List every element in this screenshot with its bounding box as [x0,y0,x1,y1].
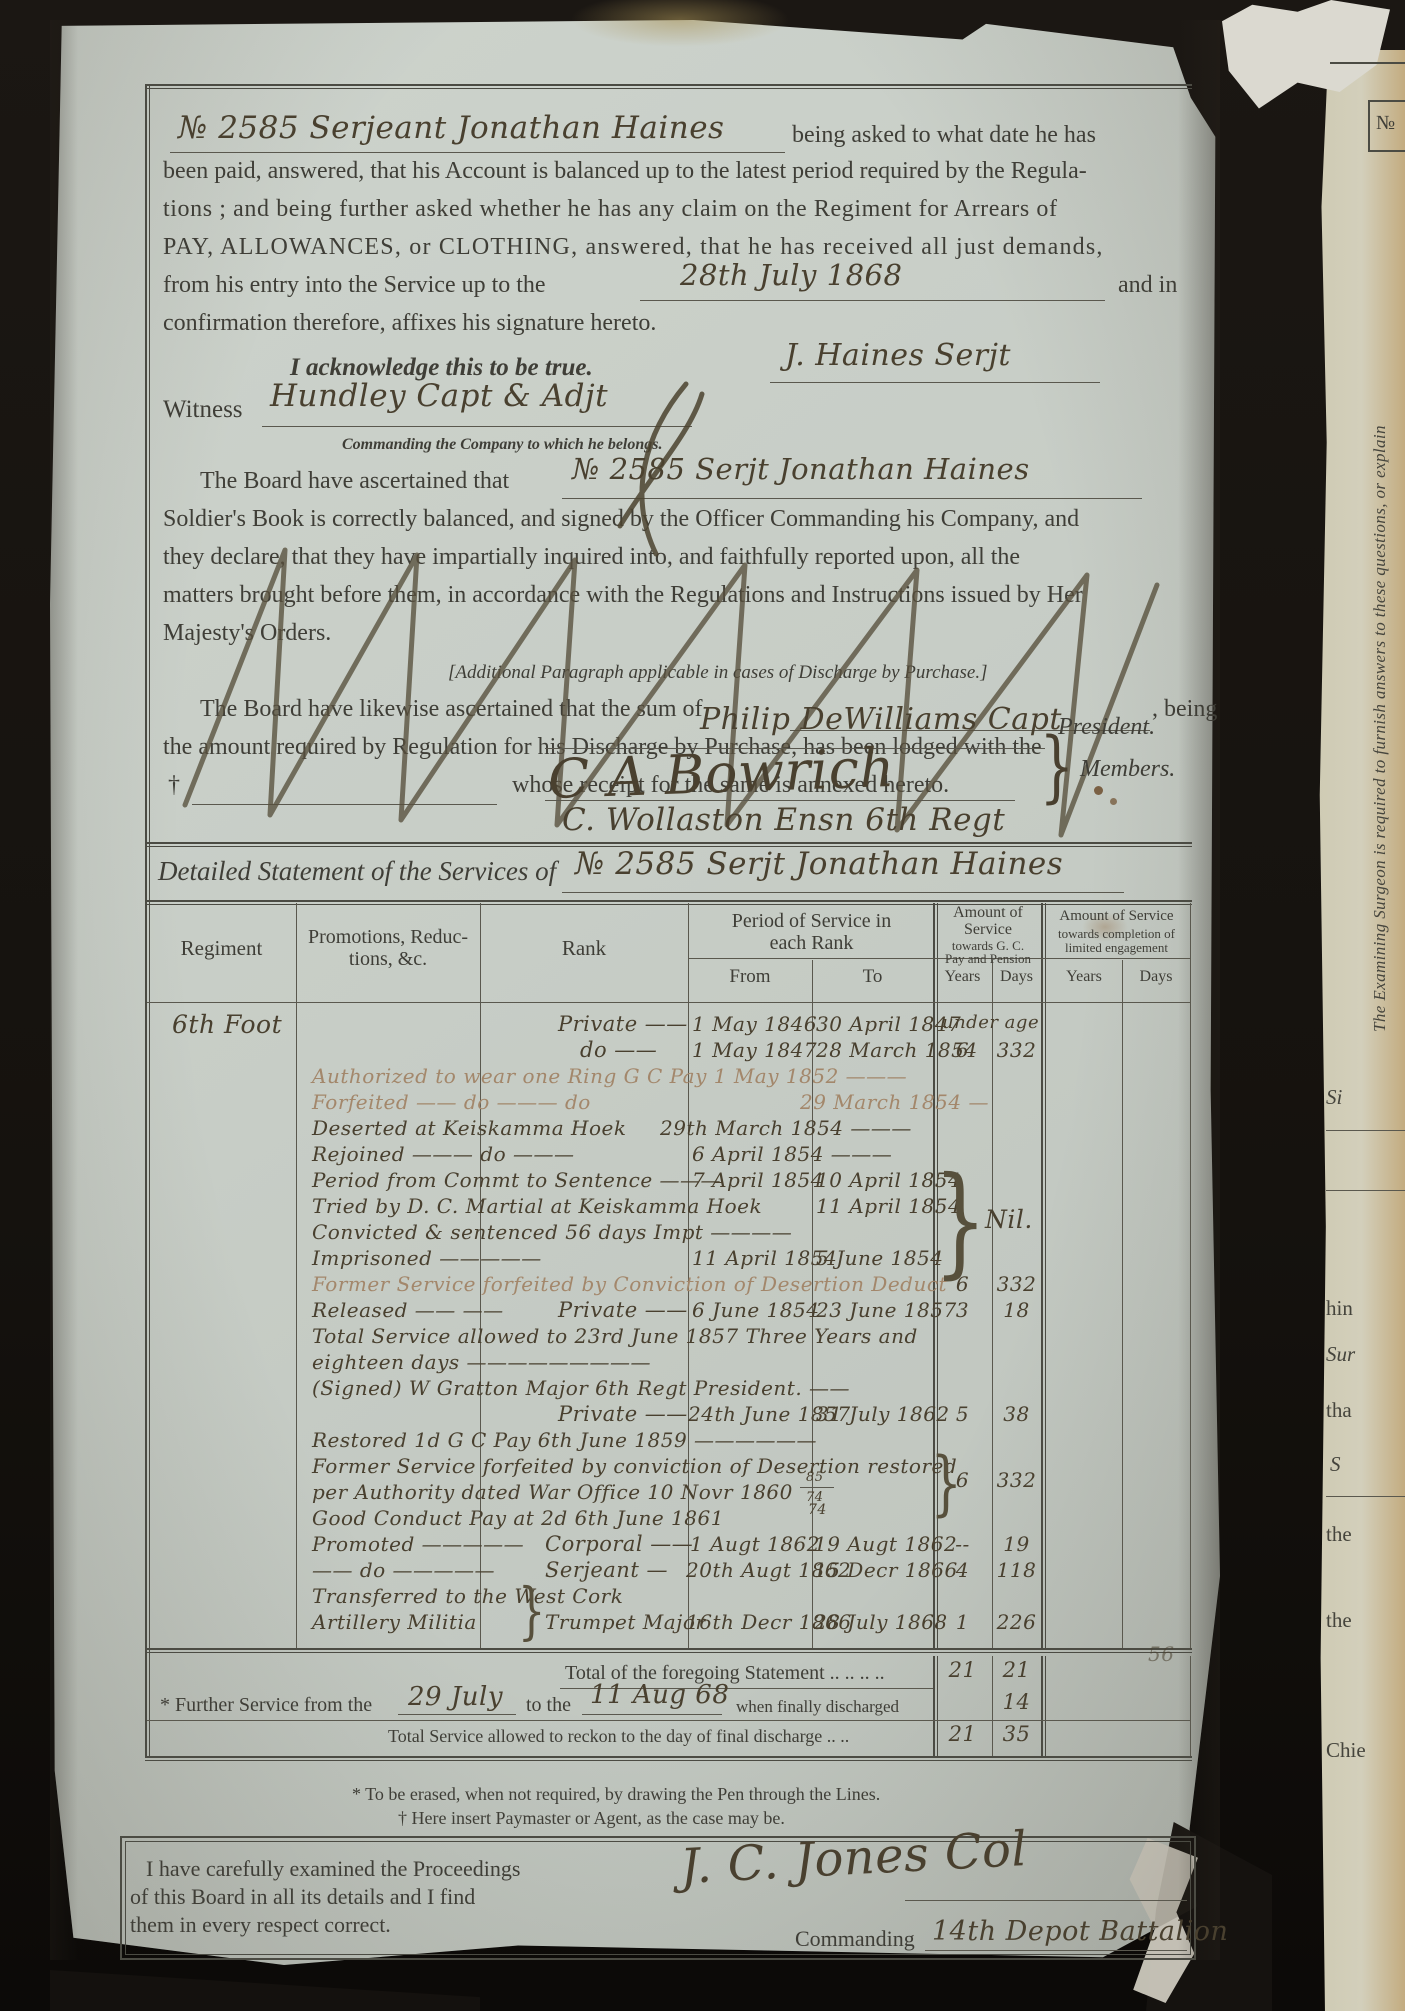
cutoff-text-fragment: hin [1326,1296,1353,1321]
row-remark: Tried by D. C. Martial at Keiskamma Hoek [312,1194,762,1218]
rule [1330,62,1405,64]
col-header-gc: Service [938,921,1038,939]
col-header-to: To [812,966,933,988]
row-from: 6 June 1854 [692,1298,819,1322]
detailed-statement-label: Detailed Statement of the Services of [158,856,556,887]
row-years: 6 [933,1038,992,1062]
col-header-years: Years [933,968,992,986]
commanding-unit: 14th Depot Battalion [932,1916,1228,1947]
col-header-years: Years [1046,968,1122,986]
rule [296,903,297,1648]
cutoff-text-fragment: Chie [1326,1738,1366,1763]
row-remark: Artillery Militia [312,1610,477,1634]
row-from: 6 April 1854 ——— [692,1142,892,1166]
certification-line: them in every respect correct. [130,1912,391,1938]
row-remark: Good Conduct Pay at 2d 6th June 1861 [312,1506,724,1530]
paid-up-to-date: 28th July 1868 [680,258,902,292]
footnote: * To be erased, when not required, by dr… [352,1784,880,1805]
rule [905,1900,1187,1901]
nil-entry: Nil. [985,1205,1033,1234]
col-header-le: limited engagement [1046,940,1187,956]
rule [398,1714,516,1715]
rule [640,300,1105,301]
row-note: under age [942,1012,1039,1033]
row-remark: Deserted at Keiskamma Hoek [312,1116,626,1140]
row-remark: Transferred to the West Cork [312,1584,623,1608]
row-years: 6 [933,1272,992,1296]
row-remark: Former Service forfeited by Conviction o… [312,1272,947,1296]
finally-discharged-label: when finally discharged [736,1697,899,1717]
further-service-to-label: to the [526,1694,571,1717]
certification-line: of this Board in all its details and I f… [130,1884,475,1910]
commanding-label: Commanding [795,1926,915,1952]
row-days: 332 [992,1038,1041,1062]
row-remark: Released —— —— [312,1298,504,1322]
rule [770,382,1100,383]
margin-scribble: 56 [1148,1642,1174,1666]
row-years: -- [933,1532,992,1556]
foregoing-total-days: 21 [992,1658,1041,1682]
row-years: 4 [933,1558,992,1582]
row-to: 29 March 1854 — [800,1090,989,1114]
row-from: 1 Augt 1862 [690,1532,820,1556]
col-header-days: Days [992,968,1041,986]
col-header-days: Days [1122,968,1190,986]
rule [145,1756,1192,1761]
row-to: 30 April 1847 [816,1012,961,1036]
rule [800,1487,834,1488]
row-remark: Rejoined ——— do ——— [312,1142,574,1166]
examining-surgeon-vertical-text: The Examining Surgeon is required to fur… [1370,425,1390,1032]
foregoing-total-years: 21 [933,1658,992,1682]
rule [145,1648,1192,1653]
nil-brace: } [933,1162,986,1282]
pen-stroke [598,376,728,566]
rule [147,1720,1190,1721]
cutoff-text-fragment: Si [1326,1085,1342,1110]
row-remark: Former Service forfeited by conviction o… [312,1454,957,1478]
rule [1041,1656,1046,1756]
witness-signature: Hundley Capt & Adjt [270,378,608,414]
row-rank: do —— [580,1038,657,1062]
row-remark: Total Service allowed to 23rd June 1857 … [312,1324,918,1348]
right-page-paper [1318,50,1405,2011]
row-years: 1 [933,1610,992,1634]
paragraph-line: been paid, answered, that his Account is… [163,158,1087,185]
paragraph-line: PAY, ALLOWANCES, or CLOTHING, answered, … [163,234,1104,261]
row-remark: Authorized to wear one Ring G C Pay 1 Ma… [312,1064,907,1088]
row-years: 5 [933,1402,992,1426]
row-remark: Period from Commt to Sentence ——— [312,1168,721,1192]
further-service-label: * Further Service from the [160,1694,372,1717]
cutoff-text-fragment: the [1326,1608,1352,1633]
row-years: 6 [933,1468,992,1492]
row-days: 18 [992,1298,1041,1322]
row-remark: Convicted & sentenced 56 days Impt ———— [312,1220,792,1244]
row-remark: Restored 1d G C Pay 6th June 1859 —————— [312,1428,817,1452]
members-label: Members. [1080,756,1175,783]
rule [925,1950,1187,1951]
row-remark: per Authority dated War Office 10 Novr 1… [312,1480,793,1504]
row-small-note: 74 [808,1502,827,1518]
paragraph-line: being asked to what date he has [792,122,1096,149]
row-small-note: 85 [806,1470,824,1485]
row-from: 1 May 1846 [692,1012,817,1036]
paragraph-line: and in [1118,272,1177,299]
scanned-military-discharge-document: № 2585 Serjeant Jonathan Haines being as… [0,0,1405,2011]
row-remark: Forfeited —— do ——— do [312,1090,591,1114]
row-days: 38 [992,1402,1041,1426]
col-header-regiment: Regiment [147,936,296,961]
regiment-entry: 6th Foot [172,1010,282,1039]
witness-label: Witness [163,396,243,424]
row-from: 29th March 1854 ——— [660,1116,912,1140]
col-header-promotions: Promotions, Reduc- [296,926,480,949]
row-rank: Private —— [558,1012,688,1036]
rule [1122,960,1123,1648]
rule [582,1714,722,1715]
cutoff-text-fragment: the [1326,1522,1352,1547]
rule [1326,1190,1405,1191]
rule [1326,1496,1405,1497]
row-days: 332 [992,1468,1041,1492]
president-signature: Philip DeWilliams Capt [700,702,1062,737]
row-years: 3 [933,1298,992,1322]
col-header-period: Period of Service in [688,910,935,933]
rule [170,152,785,153]
rule [1190,903,1191,1648]
rule [147,1002,1190,1003]
rule [562,892,1124,893]
rule [545,800,1015,801]
row-remark: eighteen days ————————— [312,1350,651,1374]
members-brace: } [1039,728,1074,806]
row-remark: Imprisoned ————— [312,1246,542,1270]
certification-line: I have carefully examined the Proceeding… [146,1856,520,1882]
paragraph-line: confirmation therefore, affixes his sign… [163,310,656,337]
footnote: † Here insert Paymaster or Agent, as the… [398,1808,785,1829]
rule [145,84,150,1756]
rule [145,84,1192,89]
soldier-signature: J. Haines Serjt [785,338,1011,373]
col-header-period: each Rank [688,932,935,955]
cutoff-text-fragment: tha [1326,1398,1352,1423]
militia-brace: } [518,1580,546,1642]
row-rank: Private —— [558,1298,688,1322]
rule [1190,1656,1191,1756]
row-days: 19 [992,1532,1041,1556]
row-days: 332 [992,1272,1041,1296]
board-paragraph-line: The Board have ascertained that [200,468,509,495]
row-from: 7 April 1854 [692,1168,824,1192]
further-service-from-date: 29 July [408,1682,503,1712]
final-total-label: Total Service allowed to reckon to the d… [388,1726,849,1747]
final-total-days: 35 [992,1722,1041,1746]
cutoff-text-fragment: S [1330,1452,1341,1477]
row-to: 28 July 1868 [814,1610,948,1634]
row-days: 226 [992,1610,1041,1634]
row-days: 118 [992,1558,1041,1582]
col-header-gc: Pay and Pension [938,951,1038,967]
col-header-le: Amount of Service [1046,908,1187,925]
detailed-statement-name: № 2585 Serjt Jonathan Haines [575,846,1063,882]
row-rank: Private —— [558,1402,688,1426]
further-service-days: 14 [992,1690,1041,1714]
row-to: 31 July 1862 [816,1402,950,1426]
final-total-years: 21 [933,1722,992,1746]
row-remark: —— do ————— [312,1558,495,1582]
paragraph-line: tions ; and being further asked whether … [163,196,1058,223]
further-service-to-date: 11 Aug 68 [590,1680,729,1710]
rule [1326,1130,1405,1131]
col-header-rank: Rank [480,936,688,961]
col-header-promotions: tions, &c. [296,948,480,971]
cutoff-text-fragment: Sur [1326,1342,1355,1367]
row-remark: Promoted ————— [312,1532,524,1556]
row-remark: (Signed) W Gratton Major 6th Regt Presid… [312,1376,850,1400]
row-to: 5 June 1854 [816,1246,943,1270]
paragraph-line: from his entry into the Service up to th… [163,272,546,299]
row-rank: Trumpet Major [545,1610,705,1634]
member-signature: C. Wollaston Ensn 6th Regt [562,802,1005,838]
col-header-gc: Amount of [938,904,1038,922]
form-number-mark: № [1376,112,1395,135]
row-rank: Corporal —— [545,1532,693,1556]
rule [1041,903,1046,1648]
col-header-from: From [688,966,812,988]
soldier-name-line: № 2585 Serjeant Jonathan Haines [178,110,724,146]
row-from: 1 May 1847 [692,1038,817,1062]
row-rank: Serjeant — [545,1558,668,1582]
